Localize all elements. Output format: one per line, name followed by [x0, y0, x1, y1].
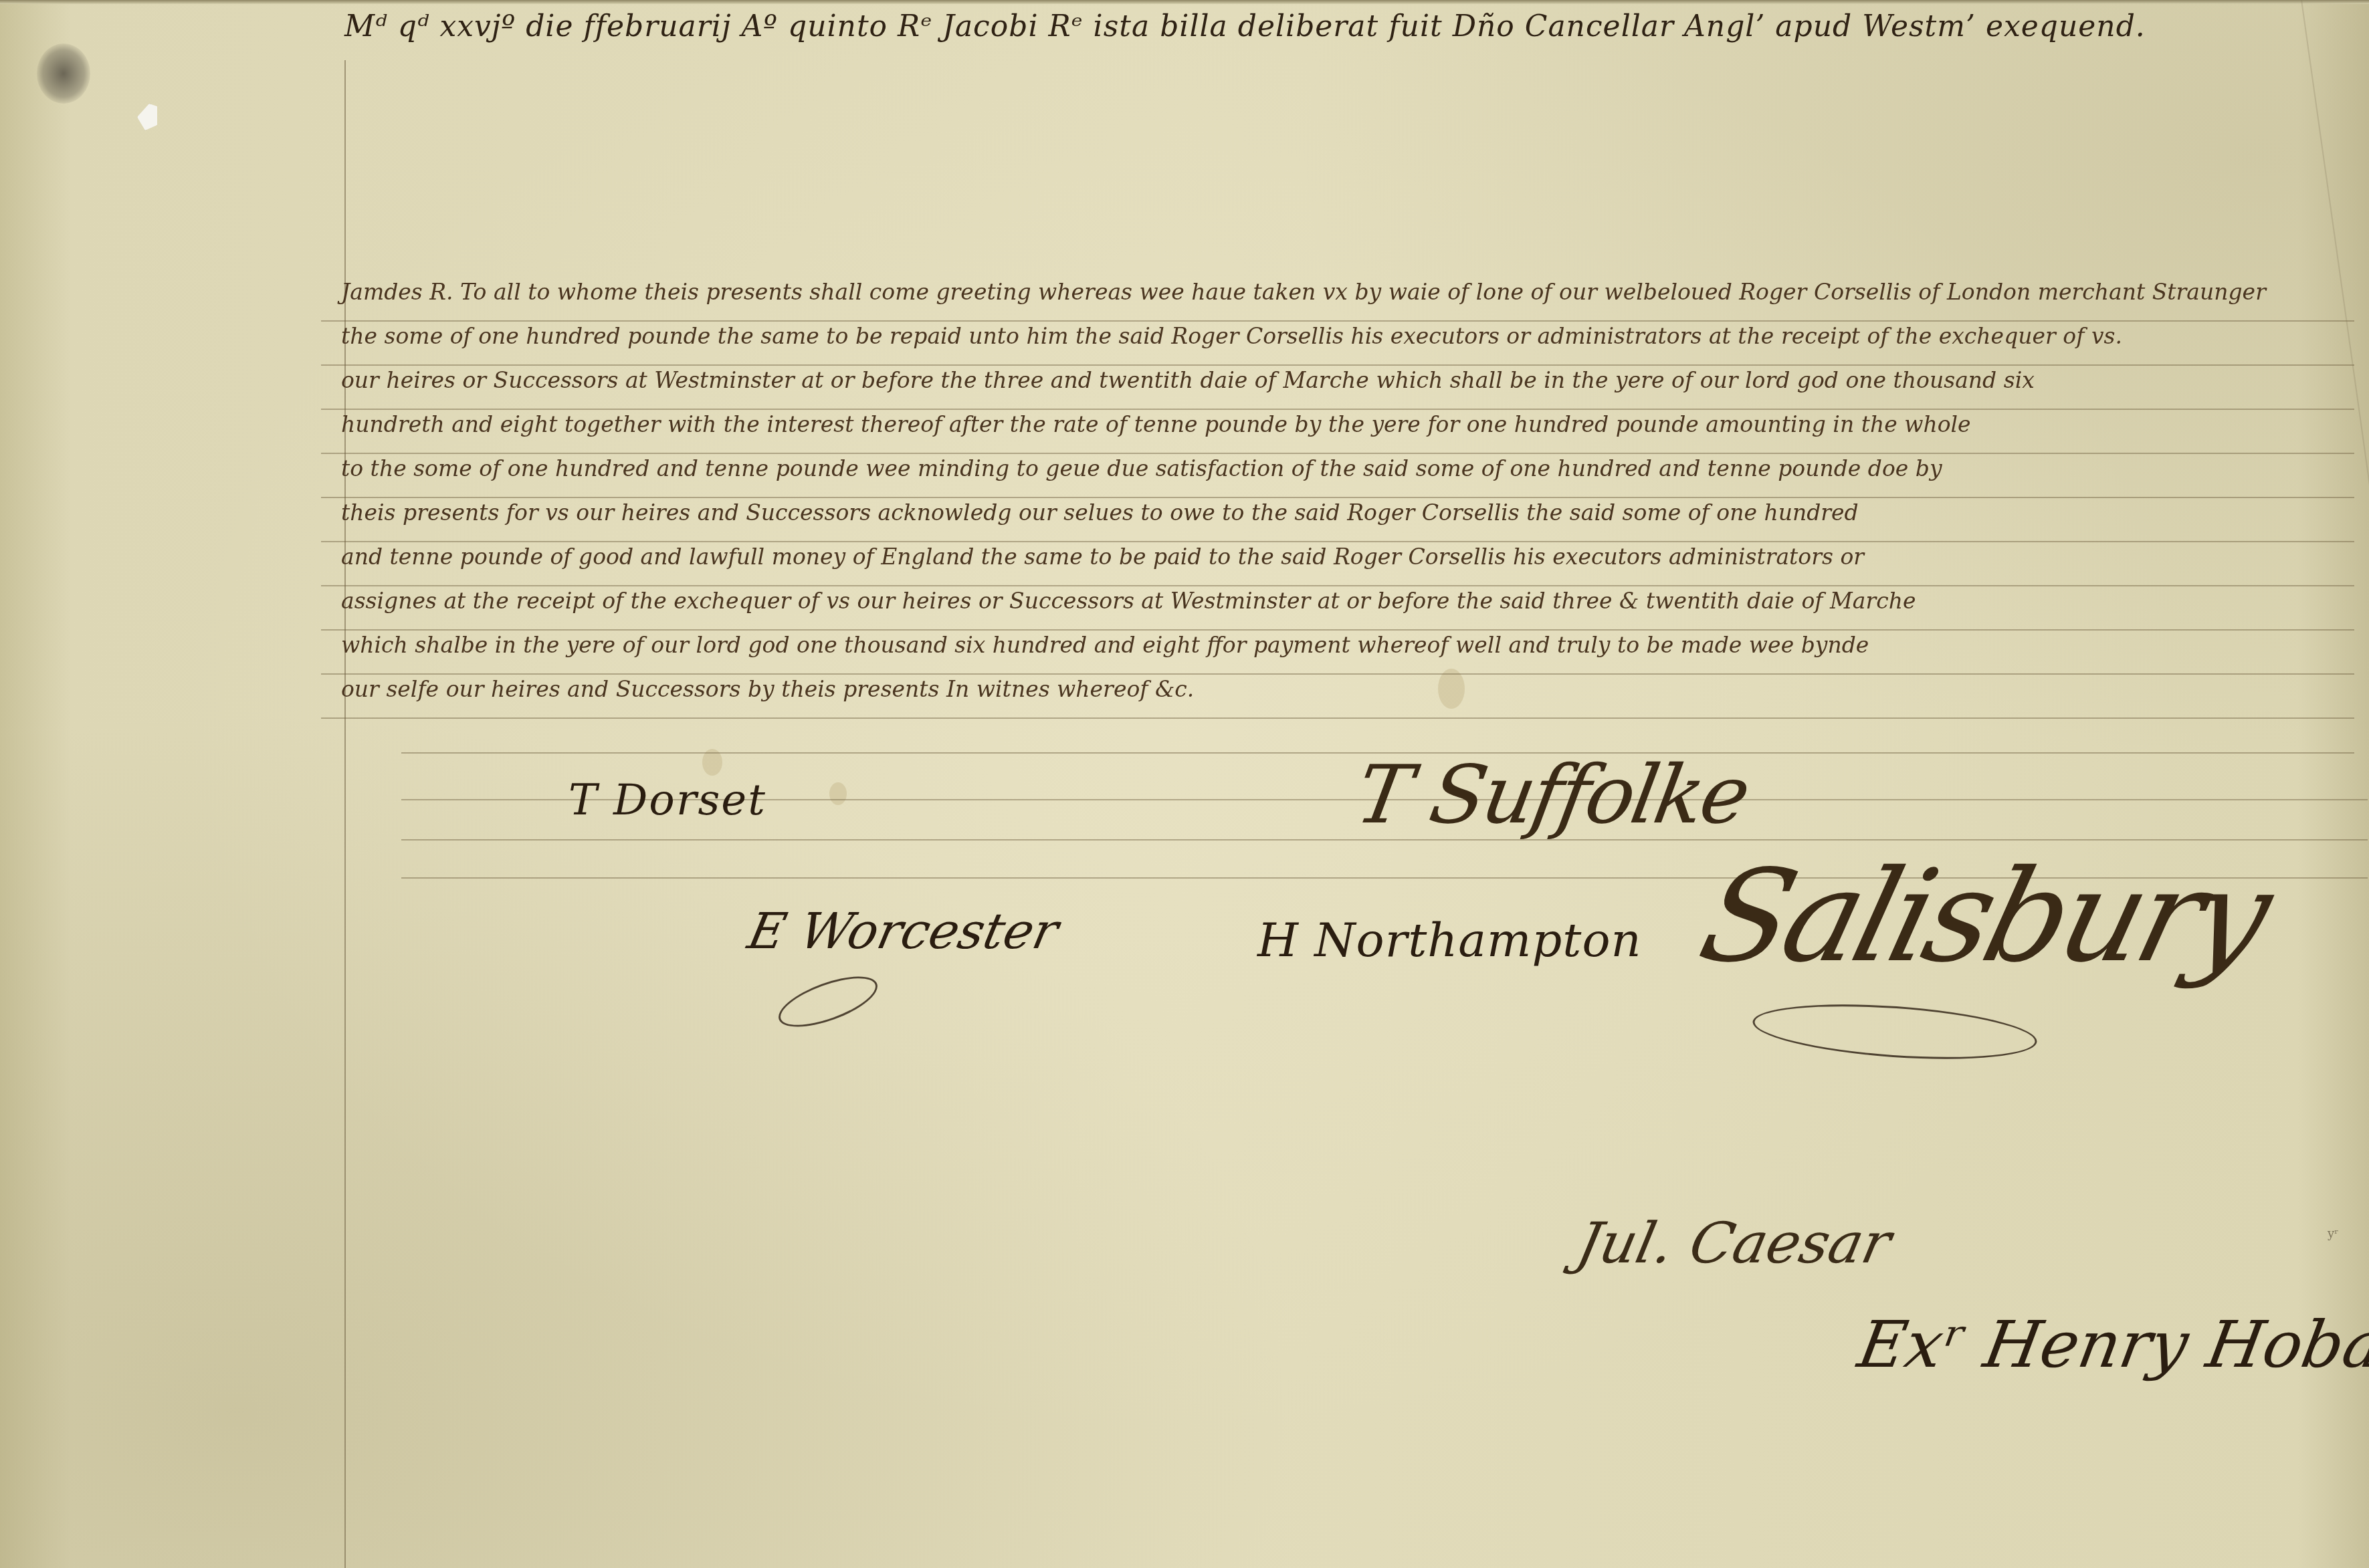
text-line: and tenne pounde of good and lawfull mon… — [321, 542, 2354, 586]
text-line: the some of one hundred pounde the same … — [321, 322, 2354, 366]
signature-worcester: E Worcester — [743, 903, 1063, 960]
signature-hobart: Exʳ Henry Hobarte — [1853, 1307, 2369, 1382]
text-line: theis presents for vs our heires and Suc… — [321, 498, 2354, 542]
marginal-note: yʳ — [2328, 1227, 2338, 1241]
text-line: to the some of one hundred and tenne pou… — [321, 454, 2354, 498]
docket-heading: Mᵈ qᵈ xxvjº die ffebruarij Aº quinto Rᵉ … — [344, 7, 2097, 47]
signature-dorset: T Dorset — [569, 776, 766, 825]
signature-suffolk: T Suffolke — [1350, 749, 1754, 842]
signature-caesar: Jul. Caesar — [1572, 1210, 1897, 1276]
ink-blot — [37, 43, 90, 104]
paper-top-edge — [0, 0, 2369, 4]
bill-body: Jamdes R. To all to whome theis presents… — [321, 277, 2354, 719]
text-line: our selfe our heires and Successors by t… — [321, 675, 2354, 719]
text-line: hundreth and eight together with the int… — [321, 410, 2354, 454]
water-stain — [829, 782, 847, 805]
signature-flourish — [772, 966, 884, 1037]
text-line: Jamdes R. To all to whome theis presents… — [321, 277, 2354, 322]
manuscript-page: Mᵈ qᵈ xxvjº die ffebruarij Aº quinto Rᵉ … — [0, 0, 2369, 1568]
text-line: which shalbe in the yere of our lord god… — [321, 631, 2354, 675]
text-line: our heires or Successors at Westminster … — [321, 366, 2354, 410]
signature-northampton: H Northampton — [1257, 913, 1642, 968]
paper-tear — [137, 104, 157, 130]
signature-salisbury: Salisbury — [1687, 843, 2281, 990]
text-line: assignes at the receipt of the exchequer… — [321, 586, 2354, 631]
signature-flourish — [1751, 996, 2039, 1067]
